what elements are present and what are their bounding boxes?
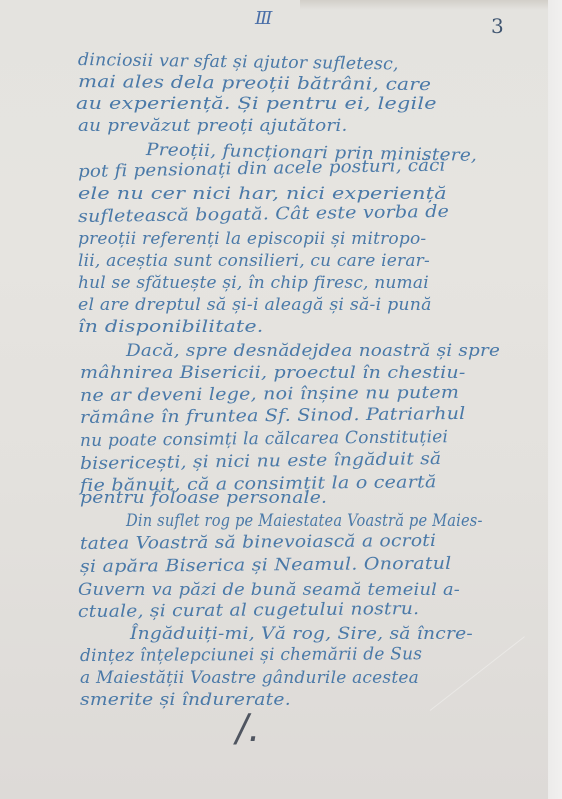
handwritten-line: tatea Voastră să binevoiască a ocroti	[80, 531, 436, 554]
roman-numeral-mark: III	[255, 8, 270, 29]
handwritten-line: lii, aceștia sunt consilieri, cu care ie…	[78, 251, 430, 271]
handwritten-line: pentru foloase personale.	[80, 488, 327, 508]
handwritten-line: hul se sfătuește și, în chip firesc, num…	[78, 273, 429, 293]
handwritten-line: rămâne în fruntea Sf. Sinod. Patriarhul	[80, 404, 466, 428]
handwritten-line: dinciosii var sfat și ajutor sufletesc,	[78, 50, 399, 74]
handwritten-line: Din suflet rog pe Maiestatea Voastră pe …	[126, 511, 483, 531]
handwritten-line: ctuale, și curat al cugetului nostru.	[78, 599, 419, 622]
handwritten-line: au experiență. Și pentru ei, legile	[76, 94, 437, 114]
handwritten-line: și apăra Biserica și Neamul. Onoratul	[80, 554, 452, 577]
handwritten-line: pot fi pensionați din acele posturi, căc…	[78, 156, 446, 182]
handwritten-line: au prevăzut preoți ajutători.	[78, 116, 348, 136]
paper-fold	[430, 636, 525, 711]
handwritten-line: mai ales dela preoții bătrâni, care	[78, 72, 431, 95]
handwritten-line: el are dreptul să și-i aleagă și să-i pu…	[78, 295, 432, 315]
handwritten-line: preoții referenți la episcopii și mitrop…	[78, 229, 426, 249]
page-number: 3	[491, 14, 504, 38]
closing-mark: /.	[232, 706, 265, 750]
background-strip	[548, 0, 562, 799]
handwritten-line: Dacă, spre desnădejdea noastră și spre	[126, 341, 500, 361]
handwritten-line: ele nu cer nici har, nici experiență	[78, 184, 447, 204]
manuscript-page: III 3 dinciosii var sfat și ajutor sufle…	[0, 0, 548, 799]
handwritten-line: în disponibilitate.	[78, 317, 264, 337]
handwritten-line: a Maiestății Voastre gândurile acestea	[80, 668, 419, 688]
handwritten-line: mâhnirea Bisericii, proectul în chestiu-	[80, 363, 466, 383]
handwritten-line: nu poate consimți la călcarea Constituți…	[80, 427, 448, 451]
page-edge-shadow	[300, 0, 548, 10]
handwritten-line: Guvern va păzi de bună seamă temeiul a-	[78, 580, 460, 600]
handwritten-line: ne ar deveni lege, noi înșine nu putem	[80, 383, 459, 406]
handwritten-line: dințez înțelepciunei și chemării de Sus	[80, 644, 422, 666]
handwritten-line: sufletească bogată. Cât este vorba de	[78, 202, 449, 227]
handwritten-line: bisericești, și nici nu este îngăduit să	[80, 449, 442, 474]
handwritten-line: Îngăduiți-mi, Vă rog, Sire, să încre-	[130, 624, 473, 644]
